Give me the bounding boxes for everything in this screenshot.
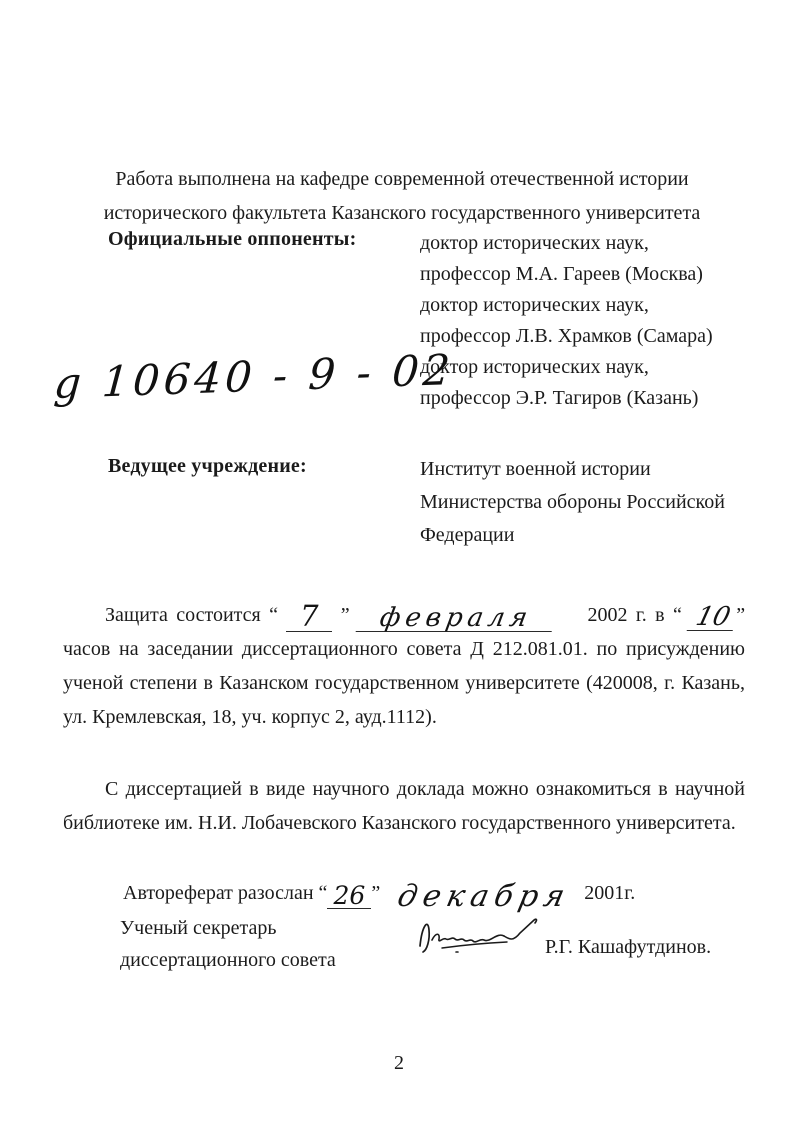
- work-performed-text: Работа выполнена на кафедре современной …: [68, 162, 736, 230]
- handwritten-shelfmark: g 10640 - 9 - 02: [52, 345, 455, 408]
- page-number: 2: [0, 1052, 798, 1075]
- handwritten-sent-month: декабря: [395, 882, 573, 912]
- opponent-degree: доктор исторических наук,: [420, 228, 765, 259]
- secretary-signature-icon: [412, 912, 547, 965]
- handwritten-defense-month: февраля: [356, 605, 557, 632]
- opponents-label: Официальные оппоненты:: [108, 228, 356, 251]
- defense-paragraph: Защита состоится “ 7 ” февраля 2002 г. в…: [63, 598, 745, 734]
- library-text: С диссертацией в виде научного доклада м…: [63, 778, 745, 834]
- document-page: Работа выполнена на кафедре современной …: [0, 0, 798, 1132]
- quote-open: “: [319, 882, 328, 904]
- defense-year: 2002 г. в: [587, 604, 664, 626]
- secretary-title-line: диссертационного совета: [120, 944, 336, 976]
- sent-prefix: Автореферат разослан: [123, 882, 314, 904]
- opponent-name: профессор Э.Р. Тагиров (Казань): [420, 383, 765, 414]
- secretary-name: Р.Г. Кашафутдинов.: [545, 936, 711, 959]
- quote-close: ”: [371, 882, 380, 904]
- leading-institution-line: Федерации: [420, 519, 765, 552]
- quote-open: “: [269, 604, 278, 626]
- handwritten-defense-day: 7: [286, 602, 332, 632]
- handwritten-defense-hour: 10: [687, 604, 740, 631]
- secretary-title-line: Ученый секретарь: [120, 912, 336, 944]
- library-paragraph: С диссертацией в виде научного доклада м…: [63, 772, 745, 840]
- quote-open: “: [673, 604, 682, 626]
- opponent-degree: доктор исторических наук,: [420, 290, 765, 321]
- defense-body: часов на заседании диссертационного сове…: [63, 638, 745, 728]
- secretary-title: Ученый секретарь диссертационного совета: [120, 912, 336, 976]
- opponent-degree: доктор исторических наук,: [420, 352, 765, 383]
- quote-close: ”: [341, 604, 350, 626]
- sent-year: 2001г.: [584, 882, 635, 904]
- defense-intro: Защита состоится: [105, 604, 261, 626]
- leading-institution-line: Министерства обороны Российской: [420, 486, 765, 519]
- leading-institution-label: Ведущее учреждение:: [108, 455, 307, 478]
- leading-institution-value: Институт военной истории Министерства об…: [420, 453, 765, 552]
- leading-institution-line: Институт военной истории: [420, 453, 765, 486]
- abstract-sent-line: Автореферат разослан “26”декабря2001г.: [63, 875, 753, 912]
- handwritten-sent-day: 26: [327, 883, 371, 909]
- opponent-name: профессор Л.В. Храмков (Самара): [420, 321, 765, 352]
- opponents-list: доктор исторических наук, профессор М.А.…: [420, 228, 765, 414]
- opponent-name: профессор М.А. Гареев (Москва): [420, 259, 765, 290]
